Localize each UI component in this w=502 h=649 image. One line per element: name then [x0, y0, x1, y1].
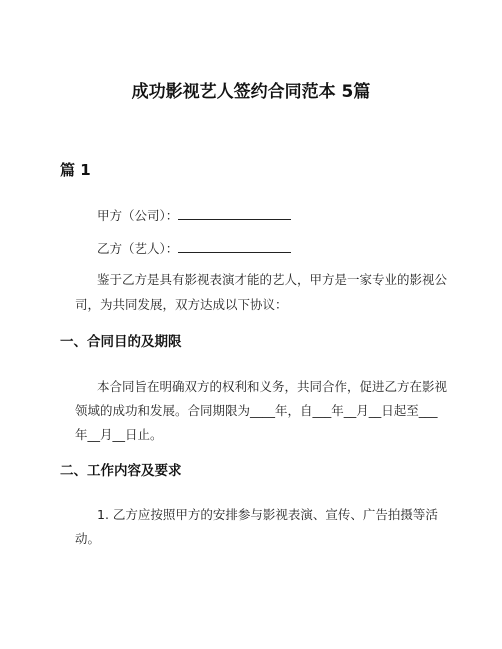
- chapter-heading: 篇 1: [60, 159, 91, 180]
- section-1-heading: 一、合同目的及期限: [60, 330, 182, 350]
- intro-paragraph-line1: 鉴于乙方是具有影视表演才能的艺人，甲方是一家专业的影视公: [97, 271, 447, 289]
- section-2-item1-line1: 1. 乙方应按照甲方的安排参与影视表演、宣传、广告拍摄等活: [97, 506, 438, 524]
- party-a-line: 甲方（公司）：: [97, 207, 291, 225]
- intro-paragraph-line2: 司，为共同发展，双方达成以下协议：: [75, 296, 288, 314]
- document-page: 成功影视艺人签约合同范本 5篇 篇 1 甲方（公司）： 乙方（艺人）： 鉴于乙方…: [0, 0, 502, 649]
- section-2-heading: 二、工作内容及要求: [60, 459, 182, 479]
- party-a-blank: [178, 207, 291, 220]
- party-a-label: 甲方（公司）：: [97, 208, 178, 223]
- section-1-line1: 本合同旨在明确双方的权利和义务，共同合作，促进乙方在影视: [97, 378, 447, 396]
- document-title: 成功影视艺人签约合同范本 5篇: [0, 77, 502, 102]
- section-1-line2: 领域的成功和发展。合同期限为____年，自___年__月__日起至___: [75, 402, 438, 420]
- party-b-blank: [178, 240, 291, 253]
- section-1-line3: 年__月__日止。: [75, 426, 163, 444]
- party-b-line: 乙方（艺人）：: [97, 240, 291, 258]
- party-b-label: 乙方（艺人）：: [97, 241, 178, 256]
- section-2-item1-line2: 动。: [75, 530, 100, 548]
